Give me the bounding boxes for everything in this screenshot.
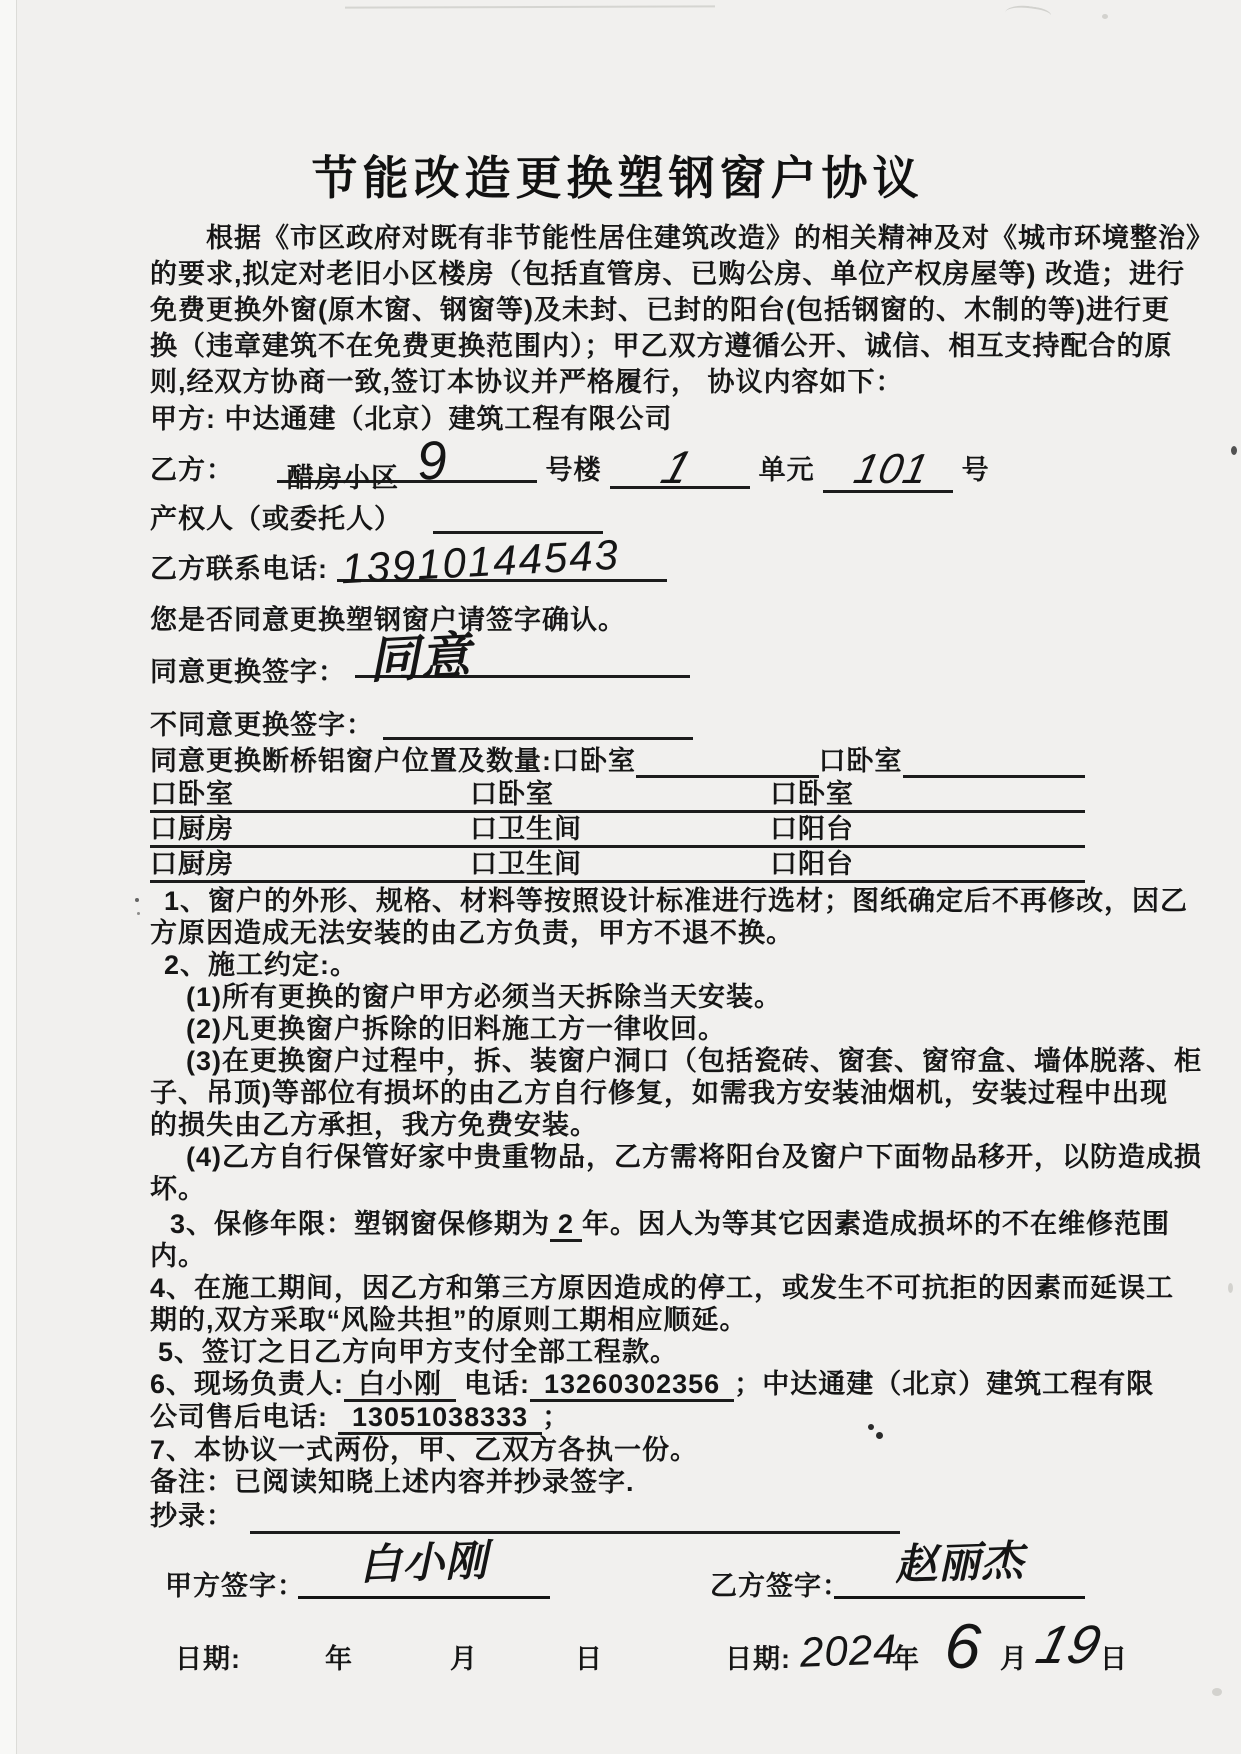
locations-header-label: 同意更换断桥铝窗户位置及数量:	[150, 744, 552, 778]
scan-edge-mark	[1231, 446, 1237, 455]
room-field: 101	[823, 452, 953, 493]
agree-sign-line: 同意更换签字： 同意	[150, 645, 1085, 693]
year-value-handwriting: 2024	[799, 1628, 898, 1673]
party-b-line: 乙方： 醋房小区9 号楼 1 单元 101 号	[150, 442, 1085, 493]
date-label: 日期:	[175, 1642, 241, 1676]
clause-2-item-line: 坏。	[150, 1173, 1085, 1205]
phone-line: 乙方联系电话: 13910144543	[150, 549, 1085, 589]
checkbox-bedroom: 口卧室	[819, 744, 903, 778]
room-number-handwriting: 101	[851, 448, 933, 490]
day-value-handwriting: 19	[1031, 1618, 1107, 1672]
paper-edge-shadow	[345, 5, 715, 8]
text-line: 的要求,拟定对老旧小区楼房（包括直管房、已购公房、单位产权房屋等) 改造；进行	[150, 256, 1085, 292]
checkbox-bedroom: 口卧室	[150, 778, 234, 810]
clause-6-line: 6、现场负责人:白小刚电话:13260302356；中达通建（北京）建筑工程有限	[150, 1368, 1085, 1401]
clause-3-line: 内。	[150, 1240, 1085, 1272]
intro-paragraph: 根据《市区政府对既有非节能性居住建筑改造》的相关精神及对《城市环境整治》 的要求…	[150, 220, 1085, 400]
clause-1-line: 方原因造成无法安装的由乙方负责，甲方不退不换。	[150, 917, 1085, 949]
month-label: 月	[450, 1642, 478, 1676]
month-value-handwriting: 6	[943, 1613, 984, 1679]
clause-3-suffix: 年。因人为等其它因素造成损坏的不在维修范围	[582, 1209, 1170, 1239]
locations-row: 口卧室 口卧室 口卧室	[150, 778, 1085, 813]
building-label: 号楼	[546, 455, 602, 485]
phone-field: 13910144543	[337, 549, 667, 582]
party-b-sign-field: 赵丽杰	[834, 1556, 1085, 1599]
checkbox-bedroom: 口卧室	[470, 778, 554, 810]
clause-2-item: (4)乙方自行保管好家中贵重物品，乙方需将阳台及窗户下面物品移开，以防造成损	[150, 1141, 1085, 1173]
owner-field	[433, 501, 603, 534]
scan-speck	[1102, 14, 1108, 19]
clause-4-line: 4、在施工期间，因乙方和第三方原因造成的停工，或发生不可抗拒的因素而延误工	[150, 1272, 1085, 1304]
clause-6-line2: 公司售后电话:13051038333；	[150, 1401, 1085, 1434]
copy-field	[250, 1501, 900, 1534]
clauses-section: 1、窗户的外形、规格、材料等按照设计标准进行选材；图纸确定后不再修改，因乙 方原…	[150, 885, 1085, 1534]
clause-2-head: 2、施工约定:。	[150, 949, 1085, 981]
party-b-sign-label: 乙方签字：	[710, 1564, 850, 1603]
blank-line	[636, 745, 819, 778]
unit-field: 1	[610, 448, 750, 489]
scan-edge-mark	[1228, 1283, 1233, 1293]
day-label: 日	[1100, 1642, 1128, 1676]
disagree-sign-label: 不同意更换签字：	[150, 710, 374, 740]
clause-5-line: 5、签订之日乙方向甲方支付全部工程款。	[150, 1336, 1085, 1368]
warranty-years-value: 2	[550, 1209, 582, 1242]
room-label: 号	[962, 455, 990, 485]
disagree-sign-field	[383, 707, 693, 740]
unit-label: 单元	[759, 455, 815, 485]
clause-2-item: (1)所有更换的窗户甲方必须当天拆除当天安装。	[150, 981, 1085, 1013]
clause-2-item: (3)在更换窗户过程中，拆、装窗户洞口（包括瓷砖、窗套、窗帘盒、墙体脱落、柜	[150, 1045, 1085, 1077]
date-row: 日期: 年 月 日 日期: 2024 年 6 月 19 日	[150, 1622, 1085, 1694]
checkbox-kitchen: 口厨房	[150, 848, 234, 880]
party-b-signature-handwriting: 赵丽杰	[894, 1540, 1024, 1586]
day-label: 日	[575, 1642, 603, 1676]
year-label: 年	[892, 1642, 920, 1676]
party-a-signature-handwriting: 白小刚	[359, 1540, 489, 1586]
checkbox-bathroom: 口卫生间	[470, 848, 582, 880]
community-field: 醋房小区9	[277, 442, 537, 483]
unit-number-handwriting: 1	[657, 444, 699, 490]
year-label: 年	[325, 1642, 353, 1676]
text-line: 换（违章建筑不在免费更换范围内）；甲乙双方遵循公开、诚信、相互支持配合的原	[150, 328, 1085, 364]
building-number-handwriting: 9	[415, 433, 450, 489]
clause-4-line: 期的,双方采取“风险共担”的原则工期相应顺延。	[150, 1304, 1085, 1336]
checkbox-balcony: 口阳台	[770, 848, 854, 880]
clause-6-phone-label: 电话:	[464, 1369, 530, 1399]
phone-label: 乙方联系电话:	[150, 554, 328, 584]
clause-6-suffix: ；中达通建（北京）建筑工程有限	[734, 1369, 1154, 1399]
signature-row: 甲方签字： 白小刚 乙方签字： 赵丽杰	[150, 1556, 1085, 1604]
ink-dot	[135, 898, 139, 902]
clause-2-item-line: 子、吊顶)等部位有损坏的由乙方自行修复，如需我方安装油烟机，安装过程中出现	[150, 1077, 1085, 1109]
disagree-sign-line: 不同意更换签字：	[150, 707, 1085, 742]
after-sales-label: 公司售后电话:	[150, 1402, 328, 1432]
locations-row: 口厨房 口卫生间 口阳台	[150, 848, 1085, 883]
checkbox-bathroom: 口卫生间	[470, 813, 582, 845]
clause-6-prefix: 6、现场负责人:	[150, 1369, 344, 1399]
locations-row: 口厨房 口卫生间 口阳台	[150, 813, 1085, 848]
text-line: 则,经双方协商一致,签订本协议并严格履行， 协议内容如下：	[150, 364, 1085, 400]
party-a-sign-field: 白小刚	[298, 1556, 550, 1599]
ink-dot	[137, 912, 140, 915]
owner-label: 产权人（或委托人）	[150, 504, 402, 534]
locations-header: 同意更换断桥铝窗户位置及数量: 口卧室 口卧室	[150, 744, 1085, 778]
scan-smudge	[1004, 3, 1052, 27]
copy-line: 抄录：	[150, 1498, 1085, 1534]
date-label: 日期:	[725, 1642, 791, 1676]
party-b-label: 乙方：	[150, 455, 234, 485]
copy-label: 抄录：	[150, 1498, 234, 1534]
contract-page: 节能改造更换塑钢窗户协议 根据《市区政府对既有非节能性居住建筑改造》的相关精神及…	[150, 150, 1085, 1694]
clause-3-line: 3、保修年限：塑钢窗保修期为2年。因人为等其它因素造成损坏的不在维修范围	[150, 1208, 1085, 1240]
clause-2-item-line: 的损失由乙方承担，我方免费安装。	[150, 1109, 1085, 1141]
clause-2-item: (2)凡更换窗户拆除的旧料施工方一律收回。	[150, 1013, 1085, 1045]
clause-6-line2-suffix: ；	[542, 1402, 570, 1432]
remark-line: 备注：已阅读知晓上述内容并抄录签字.	[150, 1466, 1085, 1498]
pencil-mark	[1212, 1688, 1222, 1696]
confirm-prompt: 您是否同意更换塑钢窗户请签字确认。	[150, 603, 1085, 637]
community-name: 醋房小区	[287, 463, 399, 493]
scanner-bed-edge	[0, 0, 17, 1754]
page-title: 节能改造更换塑钢窗户协议	[150, 150, 1085, 206]
clause-3-prefix: 3、保修年限：塑钢窗保修期为	[170, 1209, 550, 1239]
site-manager-name: 白小刚	[344, 1369, 456, 1402]
party-a-sign-label: 甲方签字：	[165, 1564, 305, 1603]
checkbox-bedroom: 口卧室	[770, 778, 854, 810]
party-a-line: 甲方: 中达通建（北京）建筑工程有限公司	[150, 402, 1085, 436]
agree-sign-field: 同意	[355, 645, 690, 678]
checkbox-balcony: 口阳台	[770, 813, 854, 845]
agree-sign-label: 同意更换签字：	[150, 657, 346, 687]
agree-signature-handwriting: 同意	[367, 630, 471, 685]
clause-1-line: 1、窗户的外形、规格、材料等按照设计标准进行选材；图纸确定后不再修改，因乙	[150, 885, 1085, 917]
text-line: 根据《市区政府对既有非节能性居住建筑改造》的相关精神及对《城市环境整治》	[150, 220, 1085, 256]
checkbox-kitchen: 口厨房	[150, 813, 234, 845]
checkbox-bedroom: 口卧室	[552, 744, 636, 778]
clause-7-line: 7、本协议一式两份，甲、乙双方各执一份。	[150, 1434, 1085, 1466]
after-sales-phone: 13051038333	[338, 1402, 542, 1435]
text-line: 免费更换外窗(原木窗、钢窗等)及未封、已封的阳台(包括钢窗的、木制的等)进行更	[150, 292, 1085, 328]
site-manager-phone: 13260302356	[530, 1369, 734, 1402]
blank-line	[903, 745, 1086, 778]
phone-handwriting: 13910144543	[340, 534, 621, 591]
month-label: 月	[1000, 1642, 1028, 1676]
